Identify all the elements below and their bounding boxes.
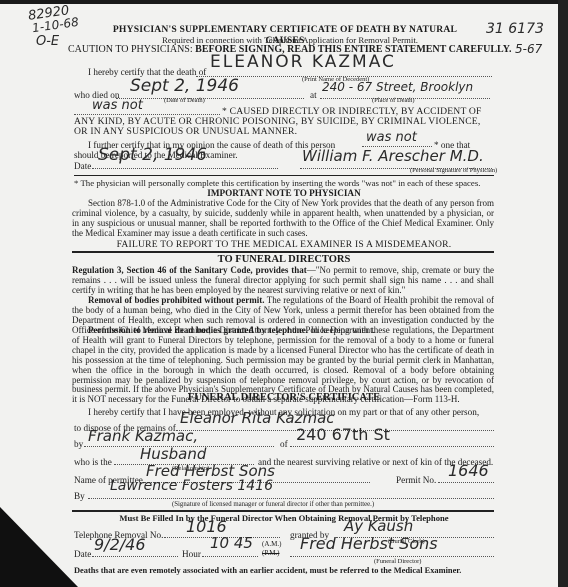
tel-date-value: 9/2/46 bbox=[94, 535, 146, 554]
permit-label: Permit No. bbox=[396, 475, 436, 485]
caused-text: * CAUSED DIRECTLY OR INDIRECTLY, BY ACCI… bbox=[74, 107, 494, 137]
physician-footnote: * The physician will personally complete… bbox=[74, 178, 494, 188]
margin-note-right-date: 5-67 bbox=[515, 42, 542, 56]
important-note-body: Section 878-1.0 of the Administrative Co… bbox=[72, 199, 494, 239]
footer-warning: Deaths that are even remotely associated… bbox=[74, 566, 494, 575]
am-label: (A.M.) bbox=[262, 540, 281, 548]
at-label: at bbox=[310, 90, 317, 100]
funeral-director-caption: (Funeral Director) bbox=[374, 558, 421, 565]
by2-caption: (Signature of licensed manager or funera… bbox=[172, 501, 374, 508]
permit-number: 1646 bbox=[448, 461, 489, 480]
hour-label: Hour bbox=[182, 549, 201, 559]
fd-certificate-title: FUNERAL DIRECTOR'S CERTIFICATE bbox=[74, 392, 494, 403]
date-of-death: Sept 2, 1946 bbox=[130, 76, 239, 96]
place-caption: (Place of Death) bbox=[372, 97, 415, 104]
regulation-paragraph: Regulation 3, Section 46 of the Sanitary… bbox=[72, 266, 494, 296]
funeral-director-signature: Fred Herbst Sons bbox=[300, 534, 438, 553]
pm-label: (P.M.) bbox=[262, 549, 280, 557]
physician-signature: William F. Arescher M.D. bbox=[302, 147, 484, 165]
of-label: of bbox=[280, 439, 288, 449]
caution-prefix: CAUTION TO PHYSICIANS: bbox=[68, 44, 193, 55]
signature-caption: (Personal Signature of Physician) bbox=[410, 167, 497, 174]
certify-date: Sept 2, 1946 bbox=[98, 145, 207, 165]
who-is-label: who is the bbox=[74, 457, 112, 467]
by2-label: By bbox=[74, 491, 85, 501]
certificate-page: 82920 1-10-68 O-E 31 6173 5-67 PHYSICIAN… bbox=[0, 4, 558, 587]
margin-note-right-number: 31 6173 bbox=[486, 21, 544, 37]
funeral-directors-title: TO FUNERAL DIRECTORS bbox=[74, 254, 494, 265]
margin-note-initials: O-E bbox=[36, 34, 59, 49]
scan-shadow-corner bbox=[0, 507, 78, 587]
place-of-death: 240 - 67 Street, Brooklyn bbox=[322, 80, 473, 94]
by2-signature: Lawrence Fosters 1416 bbox=[110, 478, 273, 494]
date-label: Date bbox=[74, 161, 91, 171]
by-name: Frank Kazmac, bbox=[88, 427, 198, 445]
by-label: by bbox=[74, 439, 83, 449]
date-caption: (Date of Death) bbox=[164, 97, 205, 104]
misdemeanor-warning: FAILURE TO REPORT TO THE MEDICAL EXAMINE… bbox=[74, 239, 494, 250]
important-note-title: IMPORTANT NOTE TO PHYSICIAN bbox=[74, 188, 494, 198]
granted-by-value: Ay Kaush bbox=[344, 517, 413, 535]
decedent-name: ELEANOR KAZMAC bbox=[210, 52, 396, 72]
relationship: Husband bbox=[140, 445, 206, 463]
scan-edge bbox=[558, 0, 568, 587]
of-address: 240 67th St bbox=[296, 425, 390, 444]
hour-value: 10 45 bbox=[210, 534, 253, 552]
telephone-section-title: Must Be Filled In by the Funeral Directo… bbox=[74, 513, 494, 523]
